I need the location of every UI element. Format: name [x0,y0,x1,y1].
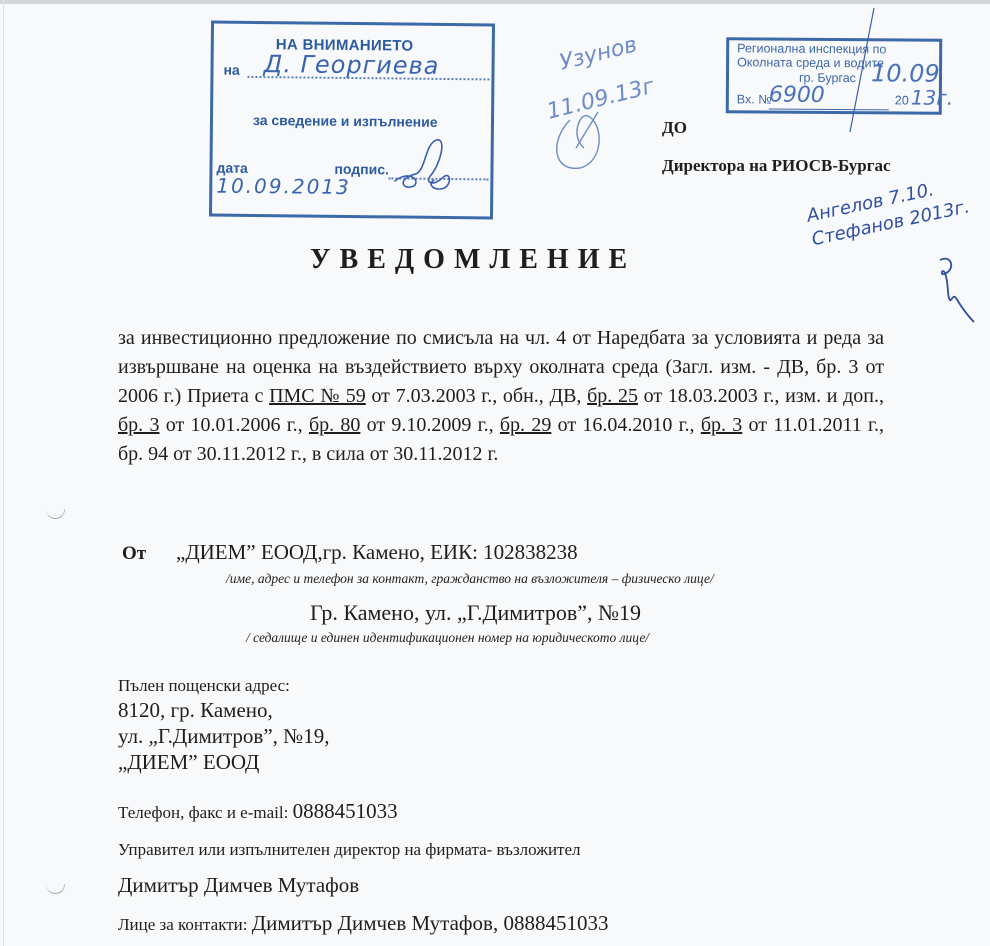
registry-entry-number: 6900 [769,83,825,108]
scan-top-edge [0,0,990,4]
signature-icon [390,133,461,194]
handwritten-date: 10.09.2013 [216,174,351,199]
handwritten-assignee: Д. Георгиева [263,50,439,80]
stamp-info-line: за сведение и изпълнение [253,112,438,130]
link-br-3-2011[interactable]: бр. 3 [701,414,742,436]
svg-text:Узунов: Узунов [557,32,640,75]
phone-line: Телефон, факс и e-mail: 0888451033 [118,799,398,824]
registry-year-prefix: 20 [895,93,909,107]
attention-stamp: НА ВНИМАНИЕТО на Д. Георгиева за сведени… [209,21,495,220]
contact-value: Димитър Димчев Мутафов, 0888451033 [252,911,609,935]
link-br-25[interactable]: бр. 25 [587,385,638,407]
from-label: От [122,543,146,565]
applicant-name: „ДИЕМ” ЕООД,гр. Камено, ЕИК: 102838238 [176,540,578,565]
postal-label: Пълен пощенски адрес: [118,676,290,696]
applicant-note-person: /име, адрес и телефон за контакт, гражда… [226,571,714,587]
link-pms-59[interactable]: ПМС № 59 [269,385,366,407]
postal-address: 8120, гр. Камено, ул. „Г.Димитров”, №19,… [118,697,329,775]
postal-line: 8120, гр. Камено, [118,697,329,723]
stamp-to-label: на [223,62,239,78]
postal-line: ул. „Г.Димитров”, №19, [118,723,329,749]
phone-label: Телефон, факс и e-mail: [118,803,293,822]
link-br-3-2006[interactable]: бр. 3 [118,414,159,436]
link-br-80[interactable]: бр. 80 [309,414,360,436]
registry-stamp: Регионална инспекция по Околната среда и… [726,37,943,115]
manager-label: Управител или изпълнителен директор на ф… [118,840,581,860]
link-br-29[interactable]: бр. 29 [500,414,551,436]
handwritten-note: Ангелов 7.10. Стефанов 2013г. [805,172,972,252]
document-title: УВЕДОМЛЕНИЕ [310,244,636,276]
contact-label: Лице за контакти: [118,915,252,934]
svg-text:11.09.13г: 11.09.13г [544,74,657,125]
scan-left-edge [3,0,4,946]
registry-date: 10.09 [871,59,940,87]
registry-year: 13г. [911,86,953,110]
recipient-name: Директора на РИОСВ-Бургас [662,156,892,176]
applicant-seat-address: Гр. Камено, ул. „Г.Димитров”, №19 [310,600,641,626]
phone-value: 0888451033 [293,799,398,823]
contact-line: Лице за контакти: Димитър Димчев Мутафов… [118,911,608,936]
applicant-note-entity: / седалище и единен идентификационен ном… [246,630,649,646]
binder-hole-mark [46,884,65,894]
initials-signature-icon [930,252,980,324]
manager-name: Димитър Димчев Мутафов [118,873,359,898]
recipient-to: ДО [662,118,687,138]
registry-entry-label: Вх. № [737,92,772,106]
notification-paragraph: за инвестиционно предложение по смисъла … [118,324,884,469]
postal-line: „ДИЕМ” ЕООД [118,749,329,775]
slash-stroke-icon [840,6,880,136]
binder-hole-mark [46,509,65,519]
